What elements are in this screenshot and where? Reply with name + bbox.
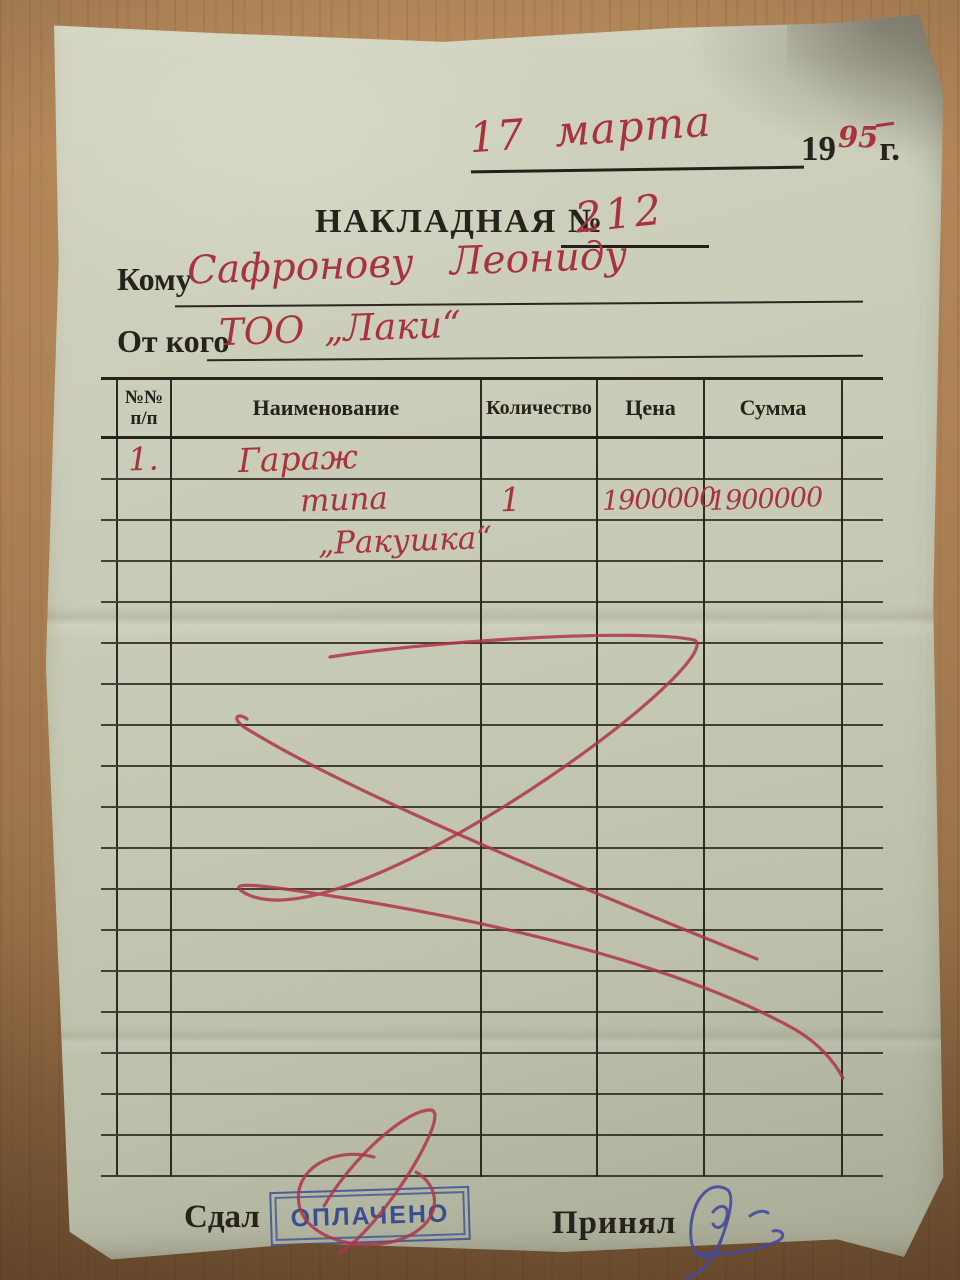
row-line-extension <box>842 889 883 930</box>
cell-num <box>117 479 171 520</box>
date-underline <box>471 166 804 174</box>
cell-num <box>117 1094 171 1135</box>
cell-name: типа <box>171 479 481 520</box>
row-line-extension <box>101 1094 117 1135</box>
table-row <box>101 684 883 725</box>
row-line-extension <box>101 1135 117 1176</box>
header-sum: Сумма <box>704 379 842 438</box>
header-name: Наименование <box>171 379 481 438</box>
cell-num <box>117 971 171 1012</box>
table-row <box>101 889 883 930</box>
date-handwritten: 17 марта <box>468 97 713 163</box>
handwritten-entry: 1900000 <box>708 482 822 517</box>
cell-price: 1900000 <box>597 479 704 520</box>
cell-sum <box>704 1053 842 1094</box>
cell-num <box>117 725 171 766</box>
table-row <box>101 1094 883 1135</box>
row-line-extension <box>842 1012 883 1053</box>
table-row <box>101 971 883 1012</box>
row-line-extension <box>101 438 117 480</box>
cell-price <box>597 807 704 848</box>
table-row: 1.Гараж <box>101 438 883 480</box>
year-prefix: 19 <box>801 129 836 168</box>
cell-qty <box>481 725 597 766</box>
row-line-extension <box>842 766 883 807</box>
row-line-extension <box>842 971 883 1012</box>
cell-qty <box>481 766 597 807</box>
row-line-extension <box>101 1012 117 1053</box>
table-row <box>101 725 883 766</box>
table-row <box>101 1053 883 1094</box>
cell-sum <box>704 1094 842 1135</box>
cell-price <box>597 930 704 971</box>
row-line-extension <box>101 807 117 848</box>
row-line-extension <box>842 520 883 561</box>
cell-qty <box>481 889 597 930</box>
cell-num <box>117 930 171 971</box>
row-line-extension <box>101 520 117 561</box>
cell-name <box>171 1094 481 1135</box>
cell-name: „Ракушка“ <box>171 520 481 561</box>
cell-qty <box>481 1053 597 1094</box>
cell-qty <box>481 438 597 480</box>
table-row: „Ракушка“ <box>101 520 883 561</box>
sender-label: От кого <box>117 323 229 360</box>
cell-price <box>597 766 704 807</box>
recipient-handwritten: Сафронову Леониду <box>186 233 628 293</box>
sender-handwritten: ТОО „Лаки“ <box>218 303 461 354</box>
table-row <box>101 561 883 602</box>
handwritten-entry: 1. <box>127 439 159 478</box>
cell-sum <box>704 930 842 971</box>
cell-price <box>597 1053 704 1094</box>
row-line-extension <box>101 971 117 1012</box>
cell-price <box>597 1094 704 1135</box>
cell-sum: 1900000 <box>704 479 842 520</box>
cell-name <box>171 889 481 930</box>
cell-name <box>171 1012 481 1053</box>
header-left-extension <box>101 379 117 438</box>
table-row <box>101 643 883 684</box>
cell-sum <box>704 889 842 930</box>
year-handwritten: 95 <box>838 120 878 154</box>
cell-price <box>597 438 704 480</box>
cell-name <box>171 848 481 889</box>
items-table: №№п/п Наименование Количество Цена Сумма… <box>101 377 883 1177</box>
cell-sum <box>704 848 842 889</box>
cell-name <box>171 725 481 766</box>
cell-qty <box>481 848 597 889</box>
row-line-extension <box>101 725 117 766</box>
cell-price <box>597 725 704 766</box>
row-line-extension <box>101 930 117 971</box>
handwritten-entry: 1900000 <box>601 482 715 517</box>
row-line-extension <box>842 684 883 725</box>
cell-num <box>117 684 171 725</box>
recipient-label: Кому <box>117 261 192 298</box>
paid-stamp-text: ОПЛАЧЕНО <box>290 1199 450 1233</box>
year-line: 1995г. <box>801 129 900 169</box>
row-line-extension <box>101 561 117 602</box>
header-right-extension <box>842 379 883 438</box>
cell-price <box>597 889 704 930</box>
row-line-extension <box>101 643 117 684</box>
cell-num <box>117 1012 171 1053</box>
cell-name <box>171 971 481 1012</box>
cell-name <box>171 602 481 643</box>
cell-sum <box>704 520 842 561</box>
cell-qty <box>481 1094 597 1135</box>
cell-price <box>597 602 704 643</box>
handwritten-entry: типа <box>299 480 388 519</box>
cell-num <box>117 848 171 889</box>
cell-qty <box>481 971 597 1012</box>
cell-sum <box>704 766 842 807</box>
header-num: №№п/п <box>117 379 171 438</box>
cell-sum <box>704 643 842 684</box>
cell-qty <box>481 561 597 602</box>
table-row <box>101 766 883 807</box>
cell-name <box>171 930 481 971</box>
handwritten-entry: „Ракушка“ <box>317 519 492 561</box>
cell-qty <box>481 930 597 971</box>
row-line-extension <box>842 602 883 643</box>
row-line-extension <box>101 479 117 520</box>
cell-num <box>117 520 171 561</box>
cell-num <box>117 766 171 807</box>
cell-price <box>597 643 704 684</box>
cell-sum <box>704 1135 842 1176</box>
cell-name <box>171 1135 481 1176</box>
cell-price <box>597 684 704 725</box>
row-line-extension <box>101 848 117 889</box>
row-line-extension <box>842 725 883 766</box>
header-qty: Количество <box>481 379 597 438</box>
cell-price <box>597 520 704 561</box>
table-row <box>101 1135 883 1176</box>
table-row: типа119000001900000 <box>101 479 883 520</box>
row-line-extension <box>842 848 883 889</box>
cell-sum <box>704 807 842 848</box>
cell-num <box>117 889 171 930</box>
row-line-extension <box>101 889 117 930</box>
cell-price <box>597 561 704 602</box>
cell-num: 1. <box>117 438 171 480</box>
table-row <box>101 848 883 889</box>
row-line-extension <box>842 807 883 848</box>
cell-qty <box>481 602 597 643</box>
cell-qty <box>481 520 597 561</box>
cell-qty: 1 <box>481 479 597 520</box>
paid-stamp: ОПЛАЧЕНО <box>269 1186 471 1246</box>
row-line-extension <box>842 1094 883 1135</box>
row-line-extension <box>101 1053 117 1094</box>
row-line-extension <box>101 684 117 725</box>
cell-sum <box>704 725 842 766</box>
cell-num <box>117 1053 171 1094</box>
cell-num <box>117 602 171 643</box>
table-row <box>101 930 883 971</box>
cell-name <box>171 1053 481 1094</box>
cell-name <box>171 643 481 684</box>
handed-over-label: Сдал <box>184 1199 260 1236</box>
cell-num <box>117 807 171 848</box>
cell-price <box>597 1135 704 1176</box>
year-suffix: г. <box>879 129 900 168</box>
sender-underline <box>207 355 863 362</box>
table-row <box>101 602 883 643</box>
cell-num <box>117 1135 171 1176</box>
cell-qty <box>481 807 597 848</box>
header-price: Цена <box>597 379 704 438</box>
table-row <box>101 807 883 848</box>
received-label: Принял <box>552 1205 676 1242</box>
recipient-underline <box>175 301 863 308</box>
row-line-extension <box>842 1053 883 1094</box>
row-line-extension <box>842 561 883 602</box>
cell-name <box>171 561 481 602</box>
cell-name <box>171 807 481 848</box>
cell-sum <box>704 971 842 1012</box>
row-line-extension <box>842 1135 883 1176</box>
row-line-extension <box>842 930 883 971</box>
cell-price <box>597 1012 704 1053</box>
cell-name <box>171 766 481 807</box>
cell-sum <box>704 438 842 480</box>
row-line-extension <box>842 479 883 520</box>
handwritten-entry: 1 <box>499 480 521 520</box>
row-line-extension <box>101 766 117 807</box>
row-line-extension <box>101 602 117 643</box>
cell-qty <box>481 1012 597 1053</box>
cell-price <box>597 848 704 889</box>
photo-of-invoice: { "colors": { "ink_red": "#a8333f", "ink… <box>0 0 960 1280</box>
cell-qty <box>481 643 597 684</box>
row-line-extension <box>842 643 883 684</box>
cell-sum <box>704 602 842 643</box>
invoice-paper: 17 марта 1995г. НАКЛАДНАЯ № 212 Кому Саф… <box>33 13 947 1267</box>
row-line-extension <box>842 438 883 480</box>
cell-qty <box>481 1135 597 1176</box>
cell-qty <box>481 684 597 725</box>
cell-sum <box>704 561 842 602</box>
cell-name: Гараж <box>171 438 481 480</box>
cell-price <box>597 971 704 1012</box>
cell-sum <box>704 1012 842 1053</box>
handwritten-entry: Гараж <box>237 437 358 480</box>
cell-sum <box>704 684 842 725</box>
table-header-row: №№п/п Наименование Количество Цена Сумма <box>101 379 883 438</box>
cell-name <box>171 684 481 725</box>
cell-num <box>117 643 171 684</box>
cell-num <box>117 561 171 602</box>
table-row <box>101 1012 883 1053</box>
